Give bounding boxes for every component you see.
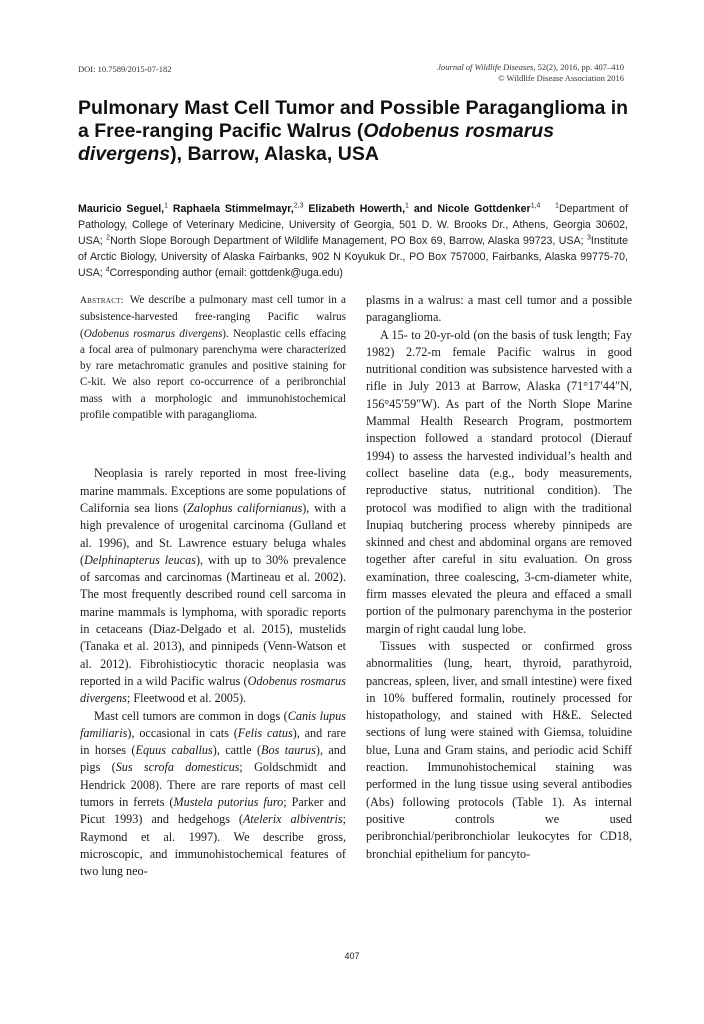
species-name: Bos taurus xyxy=(261,743,316,757)
journal-citation: Journal of Wildlife Diseases, 52(2), 201… xyxy=(437,62,624,84)
body-paragraph: Neoplasia is rarely reported in most fre… xyxy=(80,465,346,707)
abstract: Abstract:We describe a pulmonary mast ce… xyxy=(80,292,346,423)
copyright: © Wildlife Disease Association 2016 xyxy=(437,73,624,84)
author-name: Elizabeth Howerth, xyxy=(303,203,405,215)
journal-name: Journal of Wildlife Diseases, xyxy=(437,62,535,72)
title-text-end: ), Barrow, Alaska, USA xyxy=(170,143,379,165)
left-column: Abstract:We describe a pulmonary mast ce… xyxy=(80,292,346,881)
body-paragraph: Mast cell tumors are common in dogs (Can… xyxy=(80,708,346,881)
affiliation: North Slope Borough Department of Wildli… xyxy=(110,235,587,247)
text: ), occasional in cats ( xyxy=(127,726,237,740)
author-sup: 1,4 xyxy=(531,202,541,209)
article-title: Pulmonary Mast Cell Tumor and Possible P… xyxy=(78,97,638,166)
text: ), with up to 30% prevalence of sarcomas… xyxy=(80,553,346,688)
volume-pages: 52(2), 2016, pp. 407–410 xyxy=(535,62,624,72)
authors-affiliations: Mauricio Seguel,1 Raphaela Stimmelmayr,2… xyxy=(78,201,628,281)
page-number: 407 xyxy=(344,951,359,961)
species-name: Zalophus californianus xyxy=(187,501,302,515)
body-paragraph-continued: plasms in a walrus: a mast cell tumor an… xyxy=(366,292,632,327)
corresponding-author: Corresponding author (email: gottdenk@ug… xyxy=(110,267,343,279)
text: ), cattle ( xyxy=(213,743,261,757)
right-column: plasms in a walrus: a mast cell tumor an… xyxy=(366,292,632,863)
species-name: Mustela putorius furo xyxy=(173,795,283,809)
species-name: Sus scrofa domesticus xyxy=(116,760,240,774)
author-name: Mauricio Seguel, xyxy=(78,203,164,215)
species-name: Delphinapterus leucas xyxy=(84,553,196,567)
text: Mast cell tumors are common in dogs ( xyxy=(94,709,288,723)
abstract-label: Abstract: xyxy=(80,296,124,306)
abstract-text: ). Neoplastic cells effacing a focal are… xyxy=(80,328,346,421)
body-paragraph: Tissues with suspected or confirmed gros… xyxy=(366,638,632,863)
body-paragraph: A 15- to 20-yr-old (on the basis of tusk… xyxy=(366,327,632,638)
author-name: and Nicole Gottdenker xyxy=(409,203,531,215)
text: ; Fleetwood et al. 2005). xyxy=(127,691,246,705)
author-name: Raphaela Stimmelmayr, xyxy=(168,203,294,215)
species-name: Atelerix albiventris xyxy=(243,812,343,826)
doi: DOI: 10.7589/2015-07-182 xyxy=(78,64,172,74)
species-name: Odobenus rosmarus divergens xyxy=(84,328,223,340)
species-name: Equus caballus xyxy=(136,743,213,757)
species-name: Felis catus xyxy=(238,726,293,740)
